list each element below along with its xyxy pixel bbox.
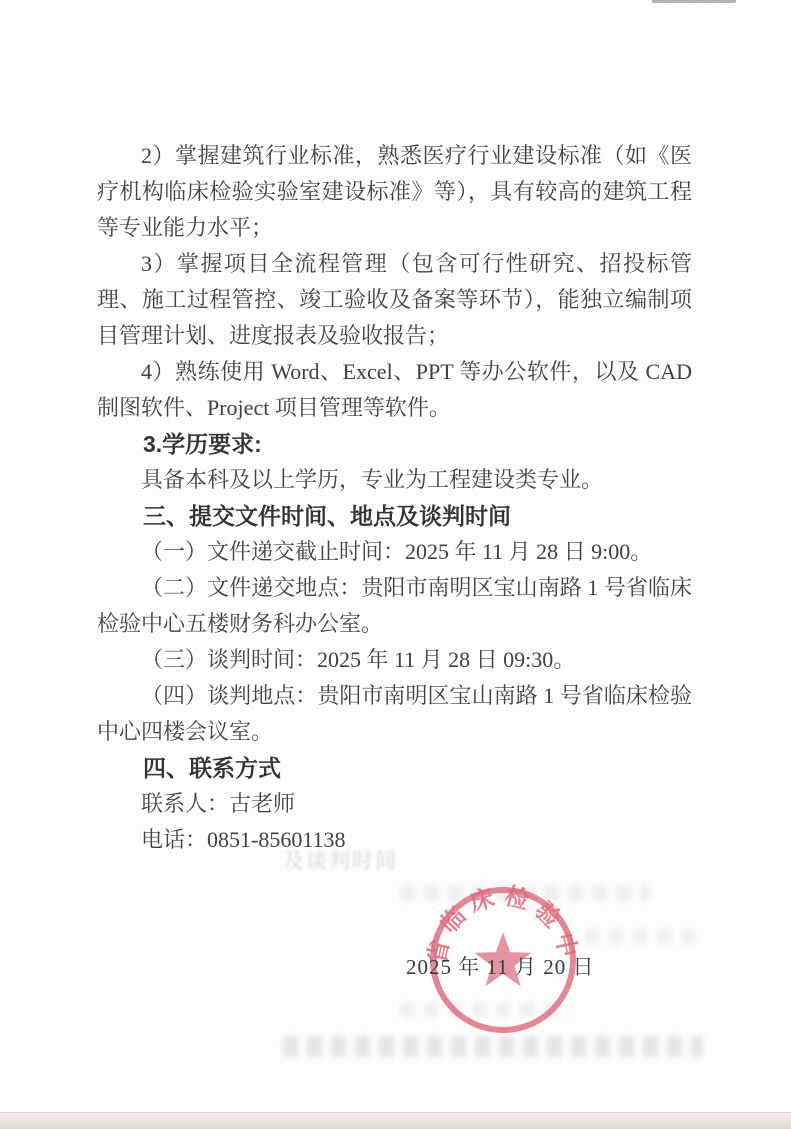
document-body: 2）掌握建筑行业标准，熟悉医疗行业建设标准（如《医疗机构临床检验实验室建设标准》… [97,138,692,858]
section-heading: 3.学历要求: [97,426,692,462]
bleed-through-text: 及谈判时间 [283,845,398,875]
section-heading: 三、提交文件时间、地点及谈判时间 [97,498,692,534]
scanned-document-page: { "page": { "background": "#fdfdfc", "bo… [0,0,791,1129]
paragraph: 3）掌握项目全流程管理（包含可行性研究、招投标管理、施工过程管控、竣工验收及备案… [97,246,692,354]
paragraph: （一）文件递交截止时间：2025 年 11 月 28 日 9:00。 [97,534,692,570]
section-heading: 四、联系方式 [97,750,692,786]
paragraph: （二）文件递交地点：贵阳市南明区宝山南路 1 号省临床检验中心五楼财务科办公室。 [97,570,692,642]
paragraph: 4）熟练使用 Word、Excel、PPT 等办公软件，以及 CAD 制图软件、… [97,354,692,426]
paragraph: 联系人：古老师 [97,786,692,822]
paragraph: 具备本科及以上学历，专业为工程建设类专业。 [97,462,692,498]
document-date: 2025 年 11 月 20 日 [406,951,594,981]
page-bottom-edge [0,1112,791,1129]
paragraph: （三）谈判时间：2025 年 11 月 28 日 09:30。 [97,642,692,678]
bleed-through-smudge [585,929,695,944]
paragraph: （四）谈判地点：贵阳市南明区宝山南路 1 号省临床检验中心四楼会议室。 [97,678,692,750]
scan-edge-artifact [652,0,736,3]
paragraph: 2）掌握建筑行业标准，熟悉医疗行业建设标准（如《医疗机构临床检验实验室建设标准》… [97,138,692,246]
